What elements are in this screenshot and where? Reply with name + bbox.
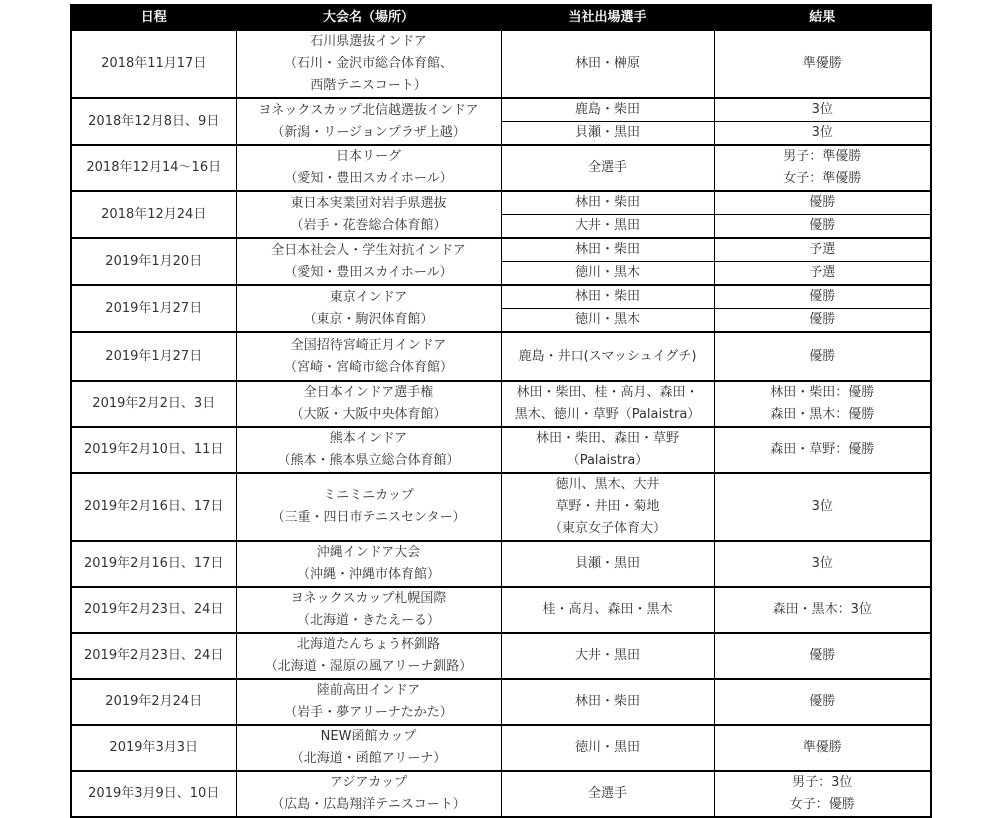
date-cell: 2019年2月2日、3日 xyxy=(71,381,236,427)
players-cell: 林田・柴田、桂・高月、森田・ 黒木、徳川・草野（Palaistra） xyxy=(501,381,714,427)
result-cell: 3位 xyxy=(714,541,931,587)
header-event-name: 大会名（場所） xyxy=(236,5,501,30)
event-name-cell: 全国招待宮崎正月インドア （宮崎・宮崎市総合体育館） xyxy=(236,332,501,381)
players-cell: 林田・柴田、森田・草野 （Palaistra） xyxy=(501,427,714,473)
table-row: 2018年11月17日 石川県選抜インドア （石川・金沢市総合体育館、 西階テニ… xyxy=(71,30,931,98)
table-row: 2019年3月9日、10日 アジアカップ （広島・広島翔洋テニスコート） 全選手… xyxy=(71,771,931,817)
table-row: 2019年2月23日、24日 ヨネックスカップ札幌国際 （北海道・きたえーる） … xyxy=(71,587,931,633)
result-cell: 優勝 xyxy=(714,309,931,333)
header-date: 日程 xyxy=(71,5,236,30)
date-cell: 2019年2月23日、24日 xyxy=(71,633,236,679)
table-row: 2019年2月23日、24日 北海道たんちょう杯釧路 （北海道・湿原の風アリーナ… xyxy=(71,633,931,679)
event-name-cell: 日本リーグ （愛知・豊田スカイホール） xyxy=(236,145,501,191)
table-row: 2018年12月24日 東日本実業団対岩手県選抜 （岩手・花巻総合体育館） 林田… xyxy=(71,191,931,215)
players-cell: 林田・柴田 xyxy=(501,238,714,262)
table-row: 2019年2月16日、17日 沖縄インドア大会 （沖縄・沖縄市体育館） 貝瀬・黒… xyxy=(71,541,931,587)
players-cell: 徳川・黒田 xyxy=(501,725,714,771)
event-name-cell: ヨネックスカップ北信越選抜インドア （新潟・リージョンプラザ上越） xyxy=(236,98,501,145)
players-cell: 徳川・黒木 xyxy=(501,262,714,286)
result-cell: 森田・草野：優勝 xyxy=(714,427,931,473)
date-cell: 2019年3月3日 xyxy=(71,725,236,771)
event-name-cell: 石川県選抜インドア （石川・金沢市総合体育館、 西階テニスコート） xyxy=(236,30,501,98)
event-name-cell: 全日本社会人・学生対抗インドア （愛知・豊田スカイホール） xyxy=(236,238,501,285)
date-cell: 2018年12月24日 xyxy=(71,191,236,238)
players-cell: 徳川、黒木、大井 草野・井田・菊地 （東京女子体育大） xyxy=(501,473,714,541)
players-cell: 徳川・黒木 xyxy=(501,309,714,333)
event-name-cell: ミニミニカップ （三重・四日市テニスセンター） xyxy=(236,473,501,541)
result-cell: 男子：3位 女子：優勝 xyxy=(714,771,931,817)
players-cell: 大井・黒田 xyxy=(501,633,714,679)
date-cell: 2019年1月27日 xyxy=(71,285,236,332)
result-cell: 優勝 xyxy=(714,285,931,309)
date-cell: 2019年2月10日、11日 xyxy=(71,427,236,473)
table-row: 2019年1月27日 東京インドア （東京・駒沢体育館） 林田・柴田 優勝 xyxy=(71,285,931,309)
table-row: 2019年2月24日 陸前高田インドア （岩手・夢アリーナたかた） 林田・柴田 … xyxy=(71,679,931,725)
table-row: 2018年12月8日、9日 ヨネックスカップ北信越選抜インドア （新潟・リージョ… xyxy=(71,98,931,122)
tournament-results-table: 日程 大会名（場所） 当社出場選手 結果 2018年11月17日 石川県選抜イン… xyxy=(70,4,932,818)
result-cell: 3位 xyxy=(714,122,931,146)
players-cell: 林田・柴田 xyxy=(501,285,714,309)
result-cell: 優勝 xyxy=(714,332,931,381)
event-name-cell: 北海道たんちょう杯釧路 （北海道・湿原の風アリーナ釧路） xyxy=(236,633,501,679)
table-row: 2019年2月2日、3日 全日本インドア選手権 （大阪・大阪中央体育館） 林田・… xyxy=(71,381,931,427)
result-cell: 3位 xyxy=(714,473,931,541)
date-cell: 2018年12月14～16日 xyxy=(71,145,236,191)
players-cell: 貝瀬・黒田 xyxy=(501,541,714,587)
result-cell: 森田・黒木：3位 xyxy=(714,587,931,633)
event-name-cell: アジアカップ （広島・広島翔洋テニスコート） xyxy=(236,771,501,817)
event-name-cell: ヨネックスカップ札幌国際 （北海道・きたえーる） xyxy=(236,587,501,633)
date-cell: 2018年11月17日 xyxy=(71,30,236,98)
table-row: 2018年12月14～16日 日本リーグ （愛知・豊田スカイホール） 全選手 男… xyxy=(71,145,931,191)
result-cell: 準優勝 xyxy=(714,725,931,771)
date-cell: 2019年2月23日、24日 xyxy=(71,587,236,633)
players-cell: 林田・榊原 xyxy=(501,30,714,98)
date-cell: 2019年2月16日、17日 xyxy=(71,473,236,541)
date-cell: 2019年3月9日、10日 xyxy=(71,771,236,817)
players-cell: 大井・黒田 xyxy=(501,215,714,239)
result-cell: 男子：準優勝 女子：準優勝 xyxy=(714,145,931,191)
players-cell: 桂・高月、森田・黒木 xyxy=(501,587,714,633)
table-header-row: 日程 大会名（場所） 当社出場選手 結果 xyxy=(71,5,931,30)
result-cell: 予選 xyxy=(714,262,931,286)
table-row: 2019年1月27日 全国招待宮崎正月インドア （宮崎・宮崎市総合体育館） 鹿島… xyxy=(71,332,931,381)
event-name-cell: 東日本実業団対岩手県選抜 （岩手・花巻総合体育館） xyxy=(236,191,501,238)
players-cell: 貝瀬・黒田 xyxy=(501,122,714,146)
result-cell: 準優勝 xyxy=(714,30,931,98)
result-cell: 優勝 xyxy=(714,679,931,725)
players-cell: 林田・柴田 xyxy=(501,191,714,215)
header-players: 当社出場選手 xyxy=(501,5,714,30)
players-cell: 鹿島・柴田 xyxy=(501,98,714,122)
date-cell: 2019年1月27日 xyxy=(71,332,236,381)
event-name-cell: 沖縄インドア大会 （沖縄・沖縄市体育館） xyxy=(236,541,501,587)
table-row: 2019年3月3日 NEW函館カップ （北海道・函館アリーナ） 徳川・黒田 準優… xyxy=(71,725,931,771)
players-cell: 林田・柴田 xyxy=(501,679,714,725)
event-name-cell: 東京インドア （東京・駒沢体育館） xyxy=(236,285,501,332)
table-row: 2019年1月20日 全日本社会人・学生対抗インドア （愛知・豊田スカイホール）… xyxy=(71,238,931,262)
result-cell: 優勝 xyxy=(714,215,931,239)
event-name-cell: NEW函館カップ （北海道・函館アリーナ） xyxy=(236,725,501,771)
event-name-cell: 熊本インドア （熊本・熊本県立総合体育館） xyxy=(236,427,501,473)
event-name-cell: 全日本インドア選手権 （大阪・大阪中央体育館） xyxy=(236,381,501,427)
date-cell: 2019年2月16日、17日 xyxy=(71,541,236,587)
result-cell: 林田・柴田：優勝 森田・黒木：優勝 xyxy=(714,381,931,427)
date-cell: 2019年2月24日 xyxy=(71,679,236,725)
date-cell: 2018年12月8日、9日 xyxy=(71,98,236,145)
table-row: 2019年2月10日、11日 熊本インドア （熊本・熊本県立総合体育館） 林田・… xyxy=(71,427,931,473)
result-cell: 優勝 xyxy=(714,191,931,215)
event-name-cell: 陸前高田インドア （岩手・夢アリーナたかた） xyxy=(236,679,501,725)
players-cell: 全選手 xyxy=(501,771,714,817)
table-row: 2019年2月16日、17日 ミニミニカップ （三重・四日市テニスセンター） 徳… xyxy=(71,473,931,541)
players-cell: 鹿島・井口(スマッシュイグチ) xyxy=(501,332,714,381)
players-cell: 全選手 xyxy=(501,145,714,191)
result-cell: 予選 xyxy=(714,238,931,262)
header-result: 結果 xyxy=(714,5,931,30)
result-cell: 優勝 xyxy=(714,633,931,679)
date-cell: 2019年1月20日 xyxy=(71,238,236,285)
result-cell: 3位 xyxy=(714,98,931,122)
